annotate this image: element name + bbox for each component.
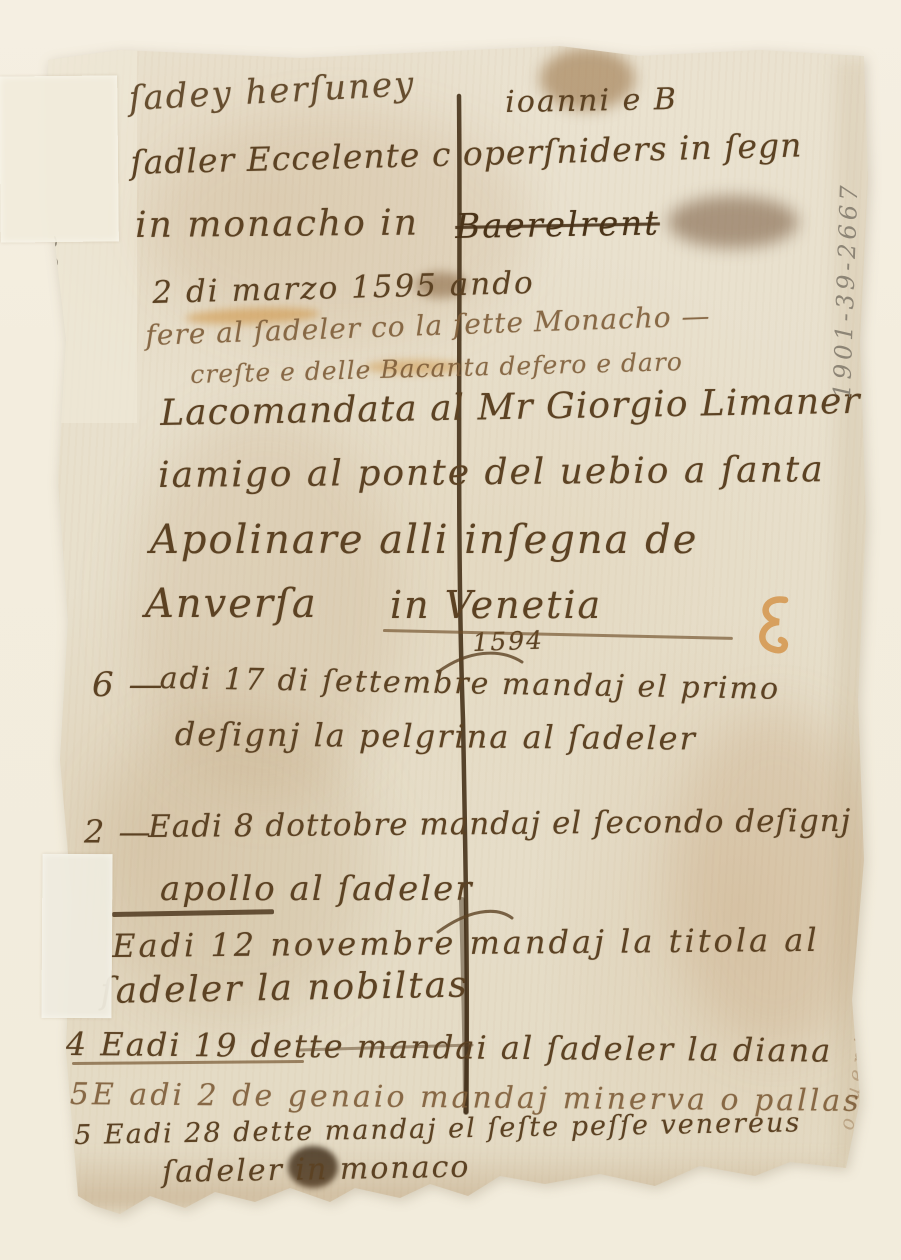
handwritten-line: ſadler Eccelente c operſniders in ſegn	[130, 128, 803, 179]
collector-mark-icon	[762, 600, 785, 651]
handwritten-line: Eadi 8 dottobre mandaj el ſecondo deſign…	[148, 806, 851, 843]
faint-marginal-script: o uenis	[836, 1015, 876, 1131]
handwritten-line: ioanni e B	[505, 85, 678, 118]
handwritten-line: Apolinare alli inſegna de	[150, 520, 698, 560]
handwritten-line: Lacomandata al Mr Giorgio Limaner	[160, 384, 861, 432]
handwritten-line-struck: Baerelrent	[455, 206, 660, 244]
handwritten-line: in monacho in	[135, 206, 419, 244]
accession-number-right: 1901-39-2667	[830, 181, 862, 399]
stain-smudge-baerelrent	[668, 196, 798, 248]
stain-ghost-right	[670, 710, 880, 1050]
tape-strip-top-left	[0, 75, 119, 242]
handwritten-line: iamigo al ponte del uebio a ſanta	[158, 452, 825, 494]
handwritten-line-underlined: in Venetia	[390, 586, 602, 624]
handwritten-line: ſadey herſuney	[128, 67, 416, 116]
handwritten-line: deſignj la pelgrina al ſadeler	[175, 718, 697, 755]
handwritten-line: 2 di marzo 1595 ando	[152, 268, 535, 309]
handwritten-line: 5 Eadi 28 dette mandaj el ſeſte peſſe ve…	[74, 1109, 801, 1149]
paper-shadow: ſadey herſuney ioanni e B ſadler Eccelen…	[0, 0, 901, 1260]
handwritten-line-struck: apollo al ſadeler	[160, 872, 473, 906]
handwritten-line: adi 17 di ſettembre mandaj el primo	[159, 664, 780, 705]
handwritten-line: ſadeler in monaco	[162, 1153, 471, 1188]
handwritten-line: ſadeler la nobiltas	[100, 968, 469, 1010]
margin-number: 2 —	[84, 816, 153, 848]
handwritten-line: fere al ſadeler co la ſette Monacho —	[145, 302, 711, 350]
handwritten-line: Anverſa	[145, 584, 318, 624]
handwritten-line: creſte e delle Bacanta defero e daro	[190, 349, 683, 387]
paper-sheet: ſadey herſuney ioanni e B ſadler Eccelen…	[0, 0, 901, 1260]
strike-apollo	[112, 909, 274, 917]
underline-venetia	[383, 629, 733, 639]
tape-strip-bottom-left	[41, 854, 112, 1018]
handwritten-line: Eadi 12 novembre mandaj la titola al	[112, 924, 820, 962]
margin-number: 6 —	[92, 668, 164, 702]
accession-number-left: 39.2667	[32, 232, 65, 369]
